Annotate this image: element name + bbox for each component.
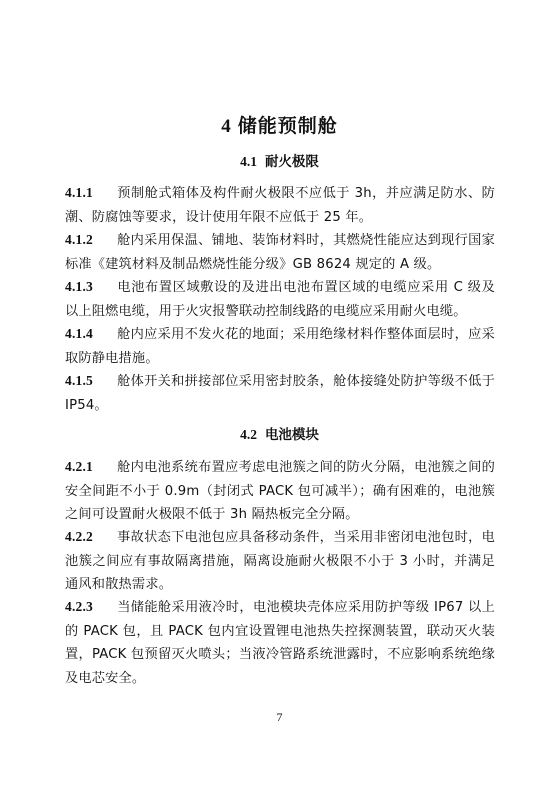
section-title-4-2: 4.2电池模块	[0, 423, 559, 443]
clause-number: 4.2.1	[65, 455, 117, 479]
clause-4-2-3: 4.2.3当储能舱采用液冷时，电池模块壳体应采用防护等级 IP67 以上的 PA…	[65, 595, 495, 690]
clause-4-1-5: 4.1.5舱体开关和拼接部位采用密封胶条，舱体接缝处防护等级不低于 IP54。	[65, 369, 495, 417]
section-number: 4.1	[240, 154, 257, 169]
clause-text: 预制舱式箱体及构件耐火极限不应低于 3h，并应满足防水、防潮、防腐蚀等要求，设计…	[65, 186, 495, 225]
clause-number: 4.1.5	[65, 369, 117, 393]
page-number: 7	[0, 710, 559, 725]
clause-4-1-2: 4.1.2舱内采用保温、铺地、装饰材料时，其燃烧性能应达到现行国家标准《建筑材料…	[65, 228, 495, 276]
clause-text: 电池布置区域敷设的及进出电池布置区域的电缆应采用 C 级及以上阻燃电缆，用于火灾…	[65, 280, 495, 319]
clause-4-1-1: 4.1.1预制舱式箱体及构件耐火极限不应低于 3h，并应满足防水、防潮、防腐蚀等…	[65, 181, 495, 229]
clause-number: 4.1.3	[65, 275, 117, 299]
section-title-text: 电池模块	[265, 427, 319, 443]
clause-number: 4.2.2	[65, 525, 117, 549]
section-number: 4.2	[240, 427, 257, 442]
clause-4-2-2: 4.2.2事故状态下电池包应具备移动条件，当采用非密闭电池包时，电池簇之间应有事…	[65, 525, 495, 597]
clause-text: 当储能舱采用液冷时，电池模块壳体应采用防护等级 IP67 以上的 PACK 包，…	[65, 600, 495, 686]
section-title-4-1: 4.1耐火极限	[0, 150, 559, 170]
document-page: 4储能预制舱 4.1耐火极限 4.1.1预制舱式箱体及构件耐火极限不应低于 3h…	[0, 0, 559, 794]
clause-text: 舱体开关和拼接部位采用密封胶条，舱体接缝处防护等级不低于 IP54。	[65, 374, 495, 413]
section-title-text: 耐火极限	[265, 154, 319, 170]
clause-4-1-3: 4.1.3电池布置区域敷设的及进出电池布置区域的电缆应采用 C 级及以上阻燃电缆…	[65, 275, 495, 323]
clause-text: 舱内应采用不发火花的地面；采用绝缘材料作整体面层时，应采取防静电措施。	[65, 327, 495, 366]
clause-text: 舱内电池系统布置应考虑电池簇之间的防火分隔，电池簇之间的安全间距不小于 0.9m…	[65, 460, 495, 522]
chapter-title-text: 储能预制舱	[238, 115, 338, 137]
clause-number: 4.1.1	[65, 181, 117, 205]
clause-text: 舱内采用保温、铺地、装饰材料时，其燃烧性能应达到现行国家标准《建筑材料及制品燃烧…	[65, 233, 495, 272]
chapter-number: 4	[221, 116, 232, 137]
clause-number: 4.1.4	[65, 322, 117, 346]
clause-number: 4.2.3	[65, 595, 117, 619]
clause-4-1-4: 4.1.4舱内应采用不发火花的地面；采用绝缘材料作整体面层时，应采取防静电措施。	[65, 322, 495, 370]
chapter-title: 4储能预制舱	[0, 111, 559, 138]
clause-number: 4.1.2	[65, 228, 117, 252]
clause-text: 事故状态下电池包应具备移动条件，当采用非密闭电池包时，电池簇之间应有事故隔离措施…	[65, 530, 495, 592]
clause-4-2-1: 4.2.1舱内电池系统布置应考虑电池簇之间的防火分隔，电池簇之间的安全间距不小于…	[65, 455, 495, 527]
